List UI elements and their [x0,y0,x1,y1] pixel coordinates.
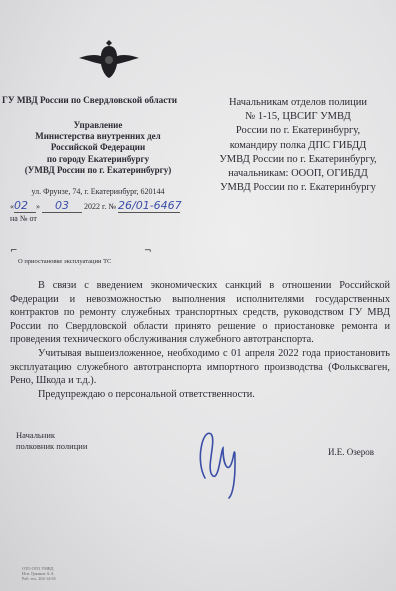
ref-label: на № [10,214,27,223]
sender-address: ул. Фрунзе, 74, г. Екатеринбург, 620144 [0,187,196,196]
signature-icon [195,420,245,500]
signatory-title-line: полковник полиции [16,441,87,452]
reg-day: 02 [14,199,28,212]
sender-line: по городу Екатеринбургу [0,154,196,165]
recipient-line: УМВД России по г. Екатеринбургу, [200,153,396,167]
recipient-line: № 1-15, ЦВСИГ УМВД [200,110,396,124]
paragraph: В связи с введением экономических санкци… [10,279,390,347]
ref-from-label: от [29,214,36,223]
footer-line: Раб. тел. 204-14-65 [22,576,56,581]
document-page: ГУ МВД России по Свердловской области Уп… [0,0,396,591]
recipient-line: Начальникам отделов полиции [200,96,396,110]
recipient-line: начальникам: ОООП, ОГИБДД [200,167,396,181]
sender-header: ГУ МВД России по Свердловской области [2,95,177,105]
letter-body: В связи с введением экономических санкци… [10,279,390,401]
sender-line: Российской Федерации [0,142,196,153]
reg-number: 26/01-6467 [118,199,182,212]
reference-line: на № от [10,214,37,223]
executor-footer: ОТО ОТО УМВД Исп. Грязнов А.А. Раб. тел.… [22,566,56,582]
sender-line: (УМВД России по г. Екатеринбургу) [0,165,196,176]
recipient-line: России по г. Екатеринбургу, [200,124,396,138]
sender-line: Управление [0,120,196,131]
signatory-name: И.Е. Озеров [328,447,374,457]
corner-mark-icon: ¬ [144,246,152,256]
recipient-line: командиру полка ДПС ГИБДД [200,139,396,153]
reg-year-label: 2022 г. № [84,202,116,211]
recipient-line: УМВД России по г. Екатеринбургу [200,181,396,195]
recipients-block: Начальникам отделов полиции № 1-15, ЦВСИ… [200,96,396,195]
sender-block: Управление Министерства внутренних дел Р… [0,120,196,176]
emblem-icon [78,36,140,82]
signatory-title-line: Начальник [16,430,87,441]
subject-line: О приостановке эксплуатации ТС [18,258,111,265]
signatory-title: Начальник полковник полиции [16,430,87,452]
reg-month: 03 [55,199,69,212]
paragraph: Учитывая вышеизложенное, необходимо с 01… [10,347,390,388]
paragraph: Предупреждаю о персональной ответственно… [10,388,390,402]
sender-line: Министерства внутренних дел [0,131,196,142]
registration-line: «02» 03 2022 г. № 26/01-6467 [10,199,180,213]
corner-mark-icon: ⌐ [10,246,18,256]
